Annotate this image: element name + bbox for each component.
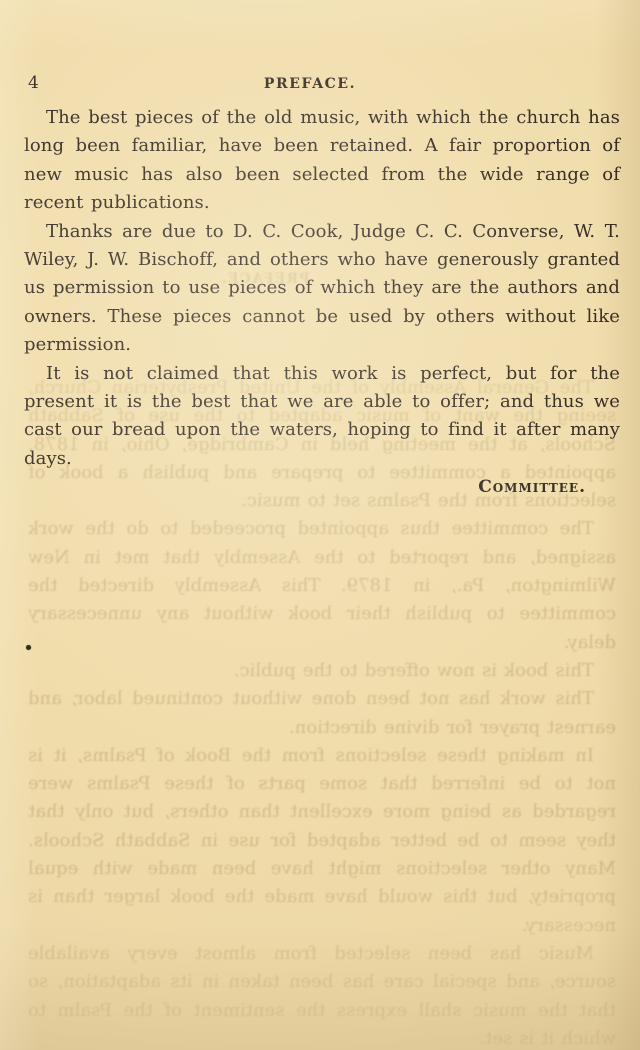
bleed-paragraph: This book is now offered to the public. <box>28 657 616 685</box>
bleed-paragraph: The committee thus appointed proceeded t… <box>28 515 616 656</box>
page-header: 4 PREFACE. <box>24 72 620 98</box>
paragraph: It is not claimed that this work is perf… <box>24 360 620 474</box>
bleed-paragraph: In making these selections from the Book… <box>28 742 616 940</box>
bleed-paragraph: This work has not been done without cont… <box>28 685 616 742</box>
signature-committee: Committee. <box>24 473 620 501</box>
bleed-paragraph: Music has been selected from almost ever… <box>28 940 616 1050</box>
scanned-book-page: PREFACE. The General Assembly of the Uni… <box>0 0 640 1050</box>
ink-speck <box>26 645 31 650</box>
preface-body: The best pieces of the old music, with w… <box>24 104 620 502</box>
paragraph: The best pieces of the old music, with w… <box>24 104 620 218</box>
paragraph: Thanks are due to D. C. Cook, Judge C. C… <box>24 218 620 360</box>
running-head: PREFACE. <box>12 76 608 92</box>
